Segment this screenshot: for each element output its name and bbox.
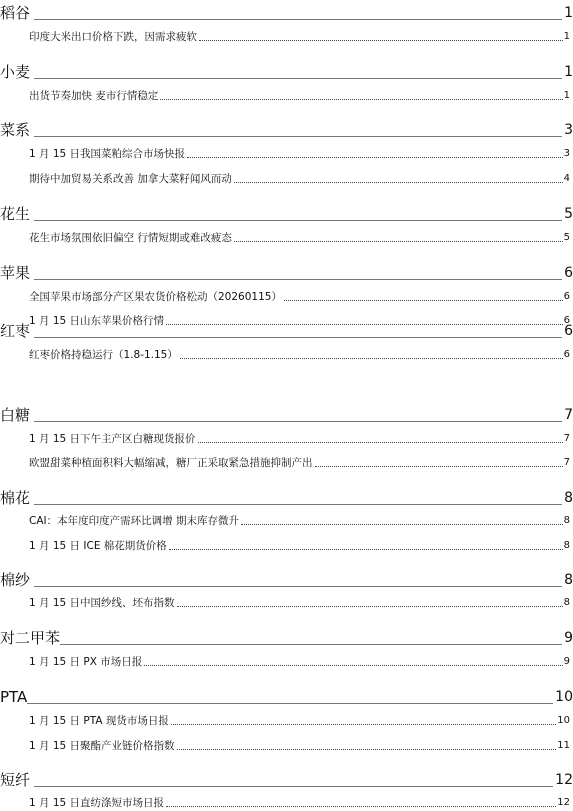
toc-heading-page: 1 [562,62,573,82]
toc-entry-page: 3 [564,146,570,162]
dot-leader [198,441,563,443]
toc-heading[interactable]: 稻谷1 [0,1,573,23]
leader-line [34,420,562,422]
toc-entry-page: 10 [557,713,570,729]
leader-line [34,336,562,338]
toc-entry[interactable]: 1 月 15 日 PTA 现货市场日报10 [29,711,570,729]
toc-entry[interactable]: 欧盟甜菜种植面积料大幅缩减，糖厂正采取紧急措施抑制产出7 [29,453,570,471]
toc-entry[interactable]: 1 月 15 日直纺涤短市场日报12 [29,793,570,811]
toc-entry-title: 1 月 15 日 PX 市场日报 [29,654,142,670]
toc-entry-page: 7 [564,431,570,447]
toc-entry[interactable]: 印度大米出口价格下跌，因需求疲软1 [29,27,570,45]
toc-entry-page: 8 [564,513,570,529]
dot-leader [160,98,562,100]
toc-heading-title: PTA [0,687,27,707]
dot-leader [177,748,557,750]
toc-entry-title: 欧盟甜菜种植面积料大幅缩减，糖厂正采取紧急措施抑制产出 [29,455,313,471]
toc-entry-title: 1 月 15 日 ICE 棉花期货价格 [29,538,167,554]
toc-heading-page: 9 [562,628,573,648]
toc-heading-page: 10 [553,687,573,707]
dot-leader [144,664,562,666]
toc-heading-title: 红枣 [0,321,34,341]
toc-heading-page: 1 [562,3,573,23]
toc-heading[interactable]: 红枣6 [0,319,573,341]
toc-heading-title: 短纤 [0,770,34,790]
toc-entry-page: 8 [564,538,570,554]
toc-entry-title: 1 月 15 日 PTA 现货市场日报 [29,713,169,729]
leader-line [34,278,562,280]
toc-heading[interactable]: 花生5 [0,202,573,224]
toc-entry-title: 全国苹果市场部分产区果农货价格松动（20260115） [29,289,282,305]
toc-entry[interactable]: 花生市场氛围依旧偏空 行情短期或难改疲态5 [29,228,570,246]
toc-entry-title: 1 月 15 日中国纱线、坯布指数 [29,595,175,611]
toc-entry-title: 红枣价格持稳运行（1.8-1.15） [29,347,178,363]
toc-entry-page: 12 [557,795,570,811]
toc-entry-page: 9 [564,654,570,670]
toc-entry-page: 5 [564,230,570,246]
toc-entry-page: 6 [564,347,570,363]
dot-leader [187,156,563,158]
leader-line [34,219,562,221]
toc-heading-page: 3 [562,120,573,140]
toc-entry[interactable]: 1 月 15 日我国菜粕综合市场快报3 [29,144,570,162]
dot-leader [177,605,563,607]
dot-leader [284,299,563,301]
toc-heading-page: 8 [562,570,573,590]
toc-entry-title: 出货节奏加快 麦市行情稳定 [29,88,158,104]
toc-heading[interactable]: 小麦1 [0,60,573,82]
dot-leader [234,240,563,242]
toc-entry-page: 8 [564,595,570,611]
toc-entry-page: 4 [564,171,570,187]
toc-entry-page: 6 [564,289,570,305]
toc-heading[interactable]: 棉纱8 [0,568,573,590]
toc-entry[interactable]: 1 月 15 日中国纱线、坯布指数8 [29,593,570,611]
toc-entry-title: 花生市场氛围依旧偏空 行情短期或难改疲态 [29,230,232,246]
leader-line [34,18,562,20]
toc-heading-title: 对二甲苯 [0,628,60,648]
toc-heading[interactable]: 短纤12 [0,768,573,790]
toc-heading-page: 12 [553,770,573,790]
toc-heading-title: 花生 [0,204,34,224]
toc-entry-page: 7 [564,455,570,471]
leader-line [27,702,553,704]
toc-entry[interactable]: 1 月 15 日下午主产区白糖现货报价7 [29,429,570,447]
toc-heading-title: 稻谷 [0,3,34,23]
toc-entry[interactable]: CAI：本年度印度产需环比调增 期末库存微升8 [29,511,570,529]
dot-leader [180,357,563,359]
toc-entry[interactable]: 出货节奏加快 麦市行情稳定1 [29,86,570,104]
toc-heading-title: 棉花 [0,488,34,508]
toc-heading[interactable]: 菜系3 [0,118,573,140]
leader-line [60,643,562,645]
toc-heading-title: 菜系 [0,120,34,140]
leader-line [34,77,562,79]
toc-heading[interactable]: 棉花8 [0,486,573,508]
toc-entry-title: 1 月 15 日下午主产区白糖现货报价 [29,431,196,447]
toc-entry-title: CAI：本年度印度产需环比调增 期末库存微升 [29,513,239,529]
dot-leader [166,805,556,807]
toc-entry[interactable]: 全国苹果市场部分产区果农货价格松动（20260115）6 [29,287,570,305]
toc-heading-title: 苹果 [0,263,34,283]
toc-entry-page: 1 [564,29,570,45]
dot-leader [234,181,563,183]
toc-entry-page: 11 [557,738,570,754]
dot-leader [315,465,563,467]
toc-entry[interactable]: 红枣价格持稳运行（1.8-1.15）6 [29,345,570,363]
toc-entry[interactable]: 期待中加贸易关系改善 加拿大菜籽闻风而动4 [29,169,570,187]
toc-heading-title: 小麦 [0,62,34,82]
toc-heading[interactable]: PTA10 [0,685,573,707]
toc-heading-title: 白糖 [0,405,34,425]
toc-heading-page: 5 [562,204,573,224]
toc-entry[interactable]: 1 月 15 日聚酯产业链价格指数11 [29,736,570,754]
toc-heading-title: 棉纱 [0,570,34,590]
dot-leader [241,523,563,525]
toc-heading[interactable]: 白糖7 [0,403,573,425]
toc-entry-title: 1 月 15 日直纺涤短市场日报 [29,795,164,811]
toc-entry[interactable]: 1 月 15 日 ICE 棉花期货价格8 [29,536,570,554]
leader-line [34,585,562,587]
leader-line [34,135,562,137]
toc-heading-page: 6 [562,321,573,341]
toc-entry-title: 期待中加贸易关系改善 加拿大菜籽闻风而动 [29,171,232,187]
toc-heading-page: 7 [562,405,573,425]
toc-entry-title: 印度大米出口价格下跌，因需求疲软 [29,29,197,45]
toc-entry-page: 1 [564,88,570,104]
toc-heading[interactable]: 对二甲苯9 [0,626,573,648]
leader-line [34,785,553,787]
dot-leader [171,723,556,725]
dot-leader [169,548,563,550]
leader-line [34,503,562,505]
toc-entry-title: 1 月 15 日聚酯产业链价格指数 [29,738,175,754]
toc-entry[interactable]: 1 月 15 日 PX 市场日报9 [29,652,570,670]
toc-entry-title: 1 月 15 日我国菜粕综合市场快报 [29,146,185,162]
toc-heading-page: 6 [562,263,573,283]
toc-heading-page: 8 [562,488,573,508]
toc-heading[interactable]: 苹果6 [0,261,573,283]
dot-leader [199,39,563,41]
